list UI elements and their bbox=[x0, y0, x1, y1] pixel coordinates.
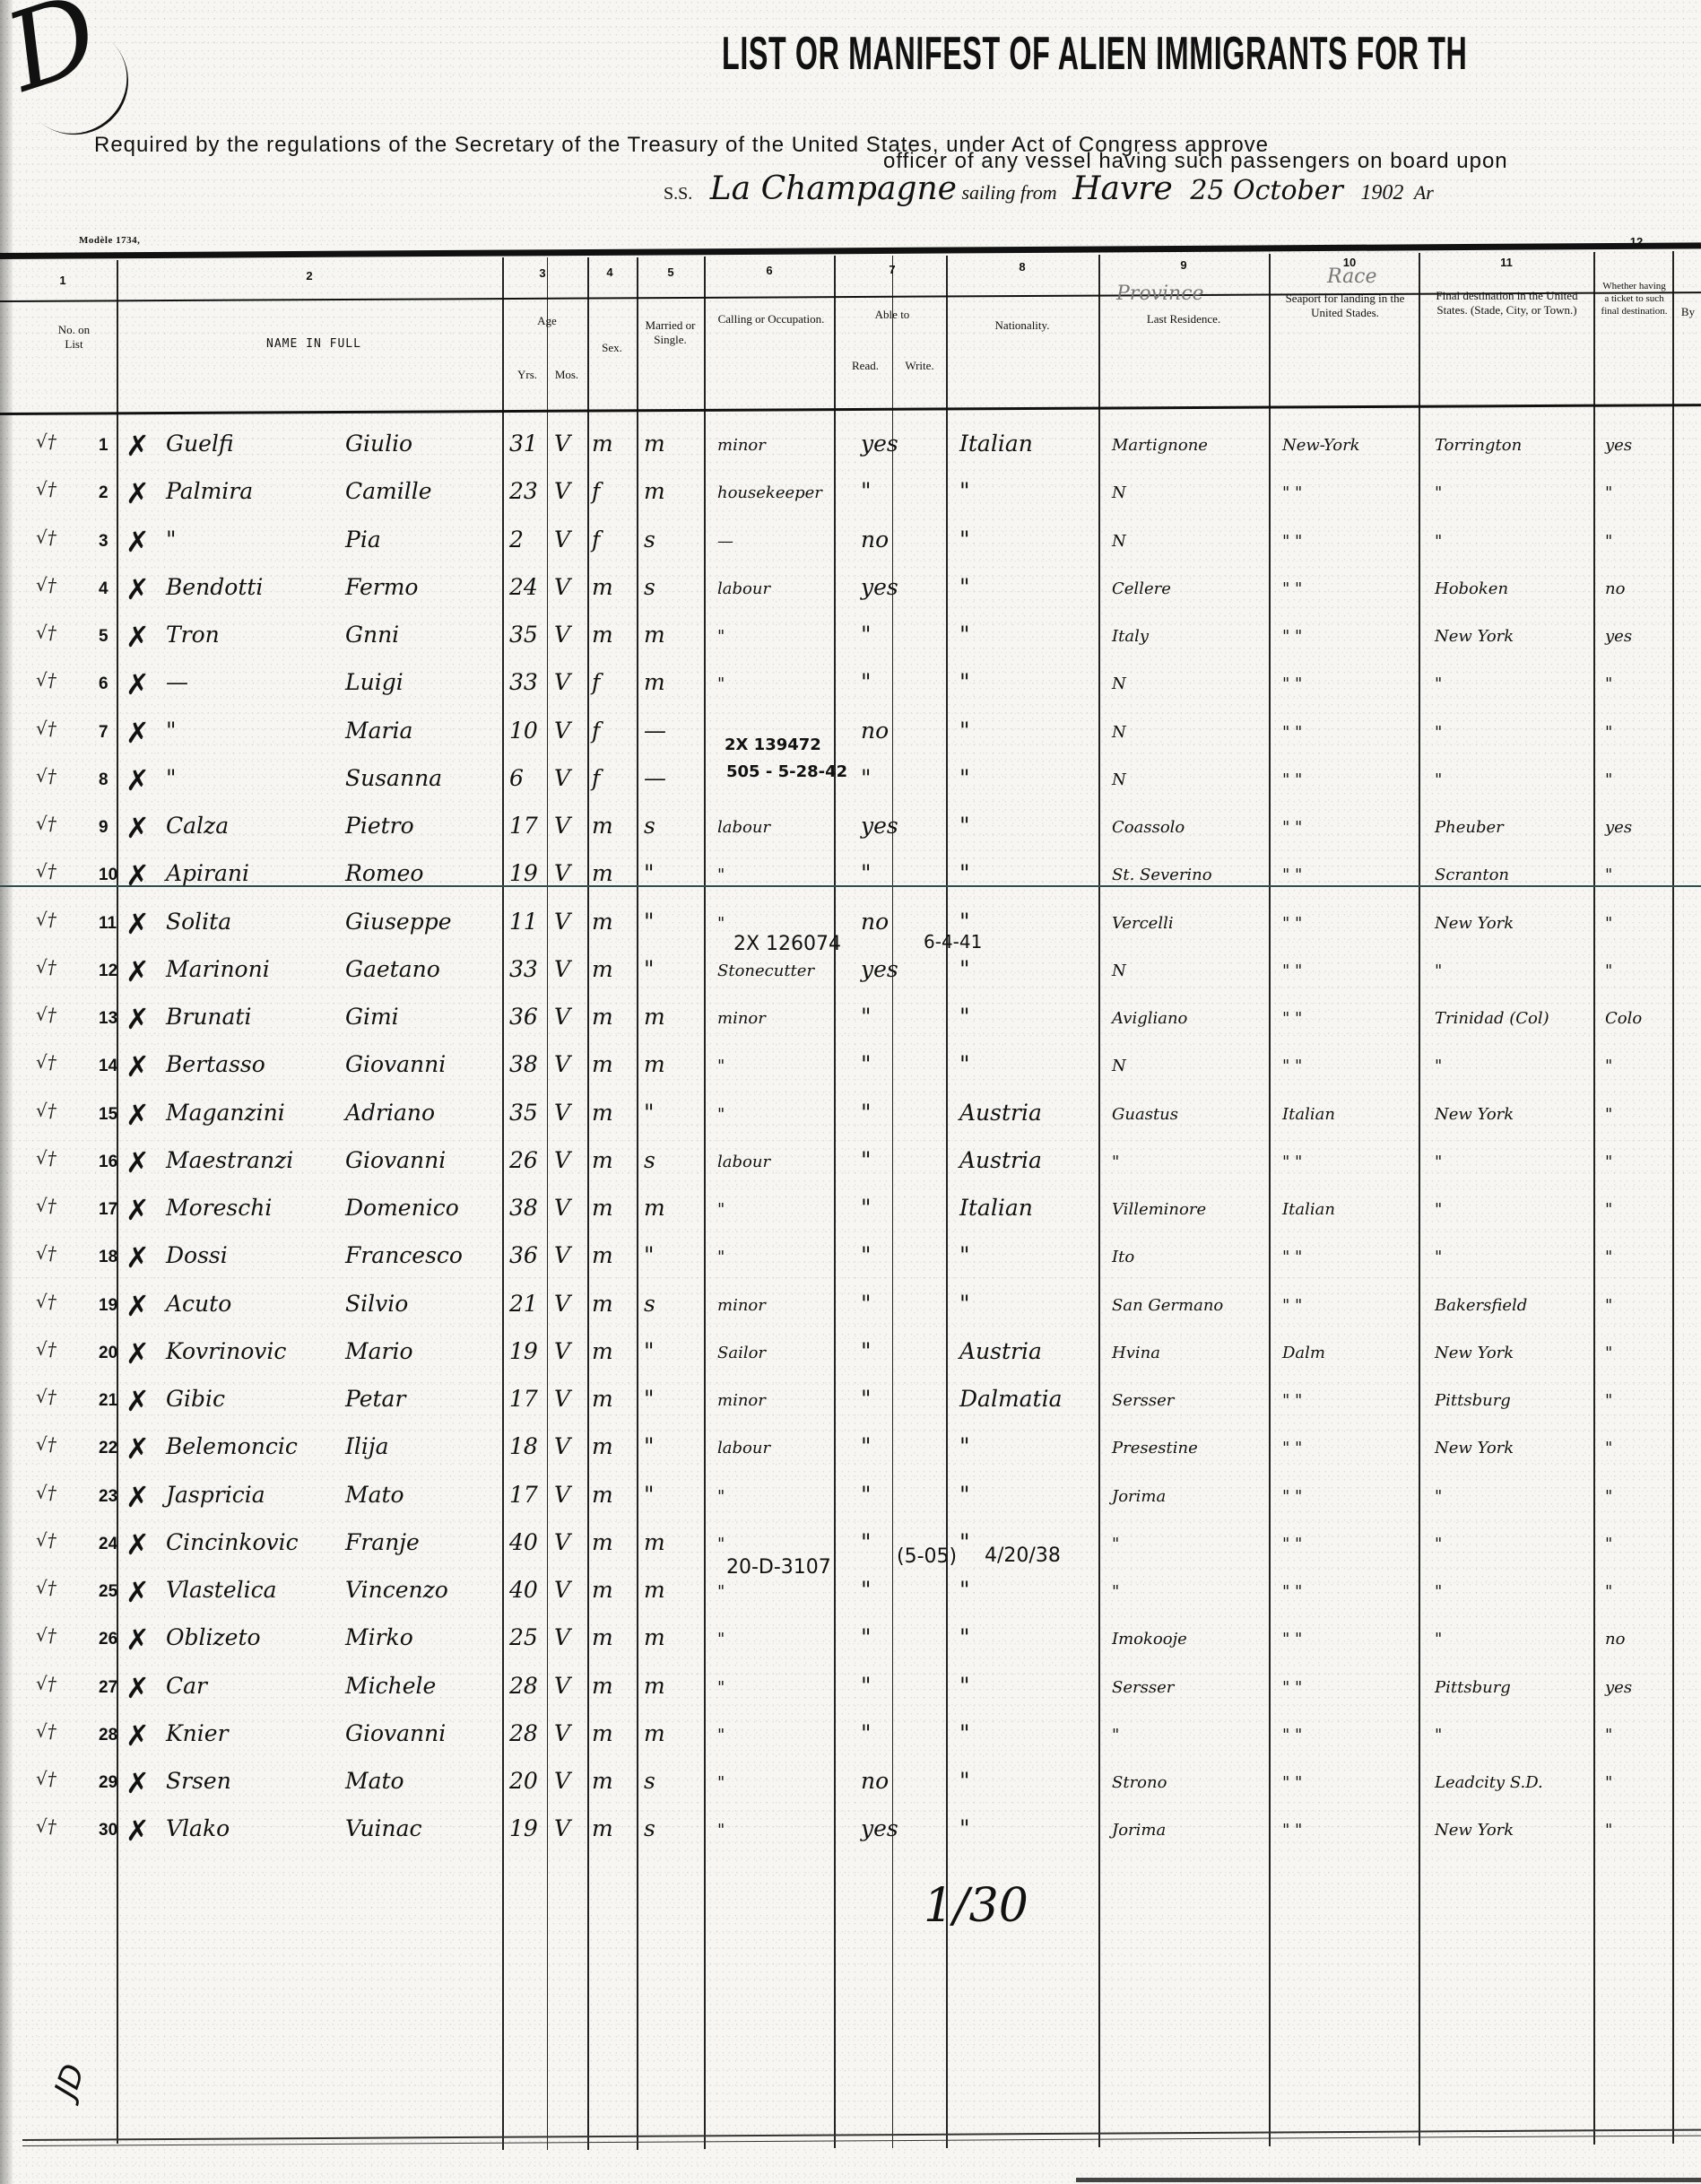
table-row: √†✗V23JaspriciaMato17m""""Jorima" """ bbox=[0, 1473, 1701, 1520]
check-tick-icon: √† bbox=[36, 813, 56, 834]
sex: f bbox=[592, 765, 600, 791]
col-3-sub-mos: Mos. bbox=[549, 368, 585, 382]
given-name: Ilija bbox=[345, 1433, 389, 1459]
age-verified-check-icon: V bbox=[554, 1195, 570, 1221]
last-residence: Coassolo bbox=[1112, 818, 1185, 837]
row-number: 8 bbox=[99, 770, 108, 790]
occupation: " bbox=[717, 914, 725, 933]
able-to-read: " bbox=[861, 1529, 872, 1555]
age-verified-check-icon: V bbox=[554, 1242, 570, 1268]
given-name: Petar bbox=[345, 1386, 405, 1412]
footer-rule-1 bbox=[22, 2129, 1701, 2141]
ticket-status: " bbox=[1605, 961, 1612, 980]
ticket-status: yes bbox=[1605, 436, 1632, 455]
x-mark-icon: ✗ bbox=[126, 1193, 150, 1227]
x-mark-icon: ✗ bbox=[126, 1718, 150, 1753]
last-residence: N bbox=[1112, 961, 1126, 980]
table-row: √†✗V20KovrinovicMario19m"Sailor"AustriaH… bbox=[0, 1329, 1701, 1377]
col-7-number: 7 bbox=[883, 263, 901, 276]
age-verified-check-icon: V bbox=[554, 860, 570, 886]
surname: Maestranzi bbox=[166, 1147, 293, 1173]
last-residence: Cellere bbox=[1112, 579, 1171, 598]
col-12-number: 12 bbox=[1623, 235, 1650, 248]
row-number: 4 bbox=[99, 579, 108, 599]
row-number: 12 bbox=[99, 961, 117, 981]
occupation: housekeeper bbox=[717, 483, 822, 502]
row-number: 7 bbox=[99, 723, 108, 743]
given-name: Pia bbox=[345, 526, 381, 553]
table-row: √†✗V15MaganziniAdriano35m"""AustriaGuast… bbox=[0, 1091, 1701, 1138]
x-mark-icon: ✗ bbox=[126, 1527, 150, 1562]
ticket-status: yes bbox=[1605, 818, 1632, 837]
able-to-read: no bbox=[861, 718, 889, 744]
surname: Bendotti bbox=[166, 574, 263, 600]
sex: m bbox=[592, 1291, 613, 1317]
seaport: " " bbox=[1282, 1153, 1302, 1171]
sex: m bbox=[592, 1195, 613, 1221]
final-destination: " bbox=[1435, 532, 1442, 551]
col-2-label: NAME IN FULL bbox=[202, 337, 426, 352]
marital-status: " bbox=[644, 1100, 655, 1126]
given-name: Gimi bbox=[345, 1004, 399, 1030]
col-4-number: 4 bbox=[601, 265, 619, 279]
last-residence: N bbox=[1112, 1057, 1126, 1075]
marital-status: m bbox=[644, 478, 665, 504]
occupation: " bbox=[717, 1057, 725, 1075]
ticket-status: Colo bbox=[1605, 1009, 1642, 1028]
ref-annotation-row22: (5-05) bbox=[897, 1545, 957, 1568]
marital-status: m bbox=[644, 1577, 665, 1603]
x-mark-icon: ✗ bbox=[126, 667, 150, 701]
table-row: √†✗V7"Maria10f—no"N" """ bbox=[0, 709, 1701, 756]
corner-letter-mark: D bbox=[0, 0, 170, 152]
x-mark-icon: ✗ bbox=[126, 525, 150, 559]
age-verified-check-icon: V bbox=[554, 1529, 570, 1555]
row-number: 9 bbox=[99, 818, 108, 838]
nationality: Austria bbox=[959, 1147, 1042, 1173]
seaport: " " bbox=[1282, 1535, 1302, 1553]
sex: m bbox=[592, 1100, 613, 1126]
able-to-read: yes bbox=[861, 956, 898, 982]
x-mark-icon: ✗ bbox=[126, 763, 150, 797]
row-number: 5 bbox=[99, 627, 108, 647]
seaport: " " bbox=[1282, 866, 1302, 884]
age-years: 17 bbox=[509, 1386, 538, 1412]
x-mark-icon: ✗ bbox=[126, 1766, 150, 1800]
check-tick-icon: √† bbox=[36, 765, 56, 787]
ticket-status: " bbox=[1605, 1821, 1612, 1840]
occupation: " bbox=[717, 1105, 725, 1124]
given-name: Silvio bbox=[345, 1291, 408, 1317]
age-years: 33 bbox=[509, 956, 538, 982]
ticket-status: " bbox=[1605, 674, 1612, 693]
final-destination: Scranton bbox=[1435, 866, 1509, 884]
header-top-rule bbox=[0, 242, 1701, 259]
col-7-sub-write: Write. bbox=[895, 359, 944, 373]
header-bottom-rule bbox=[0, 404, 1701, 415]
check-tick-icon: √† bbox=[36, 1195, 56, 1216]
check-tick-icon: √† bbox=[36, 526, 56, 548]
check-tick-icon: √† bbox=[36, 1004, 56, 1025]
final-destination: New York bbox=[1435, 1439, 1514, 1457]
seaport: " " bbox=[1282, 1726, 1302, 1745]
check-tick-icon: √† bbox=[36, 1768, 56, 1789]
able-to-read: yes bbox=[861, 813, 898, 839]
age-verified-check-icon: V bbox=[554, 956, 570, 982]
ticket-status: " bbox=[1605, 914, 1612, 933]
surname: — bbox=[166, 669, 188, 695]
age-verified-check-icon: V bbox=[554, 1577, 570, 1603]
mark-annotation-row29: 1/30 bbox=[924, 1879, 1028, 1933]
age-verified-check-icon: V bbox=[554, 669, 570, 695]
table-row: √†✗V12MarinoniGaetano33m"Stonecutteryes"… bbox=[0, 947, 1701, 995]
row-number: 6 bbox=[99, 674, 108, 694]
last-residence: Italy bbox=[1112, 627, 1149, 646]
able-to-read: " bbox=[861, 1720, 872, 1746]
col-7-sub-read: Read. bbox=[838, 359, 892, 373]
age-years: 11 bbox=[509, 909, 538, 935]
check-tick-icon: √† bbox=[36, 1338, 56, 1360]
last-residence: N bbox=[1112, 483, 1126, 502]
occupation: " bbox=[717, 866, 725, 884]
table-row: √†✗V6—Luigi33fm"""N" """ bbox=[0, 660, 1701, 708]
row-number: 24 bbox=[99, 1535, 117, 1554]
ticket-status: " bbox=[1605, 723, 1612, 742]
occupation: minor bbox=[717, 1296, 766, 1315]
check-tick-icon: √† bbox=[36, 622, 56, 643]
last-residence: Presestine bbox=[1112, 1439, 1198, 1457]
given-name: Luigi bbox=[345, 669, 404, 695]
check-tick-icon: √† bbox=[36, 478, 56, 500]
seaport: " " bbox=[1282, 1582, 1302, 1601]
check-tick-icon: √† bbox=[36, 1482, 56, 1503]
marital-status: s bbox=[644, 1768, 655, 1794]
marital-status: m bbox=[644, 669, 665, 695]
check-tick-icon: √† bbox=[36, 1577, 56, 1598]
nationality: " bbox=[959, 1529, 970, 1555]
final-destination: " bbox=[1435, 1057, 1442, 1075]
ticket-status: " bbox=[1605, 1391, 1612, 1410]
x-mark-icon: ✗ bbox=[126, 811, 150, 845]
check-tick-icon: √† bbox=[36, 1291, 56, 1312]
seaport: " " bbox=[1282, 1487, 1302, 1506]
marital-status: m bbox=[644, 1624, 665, 1650]
check-tick-icon: √† bbox=[36, 718, 56, 739]
ss-label: S.S. bbox=[664, 184, 692, 204]
final-destination: Torrington bbox=[1435, 436, 1522, 455]
age-years: 24 bbox=[509, 574, 538, 600]
ticket-status: " bbox=[1605, 1248, 1612, 1266]
sex: m bbox=[592, 1673, 613, 1699]
able-to-read: " bbox=[861, 1577, 872, 1603]
seaport: " " bbox=[1282, 1057, 1302, 1075]
occupation: " bbox=[717, 1487, 725, 1506]
col-9-province-annotation: Province bbox=[1116, 283, 1204, 305]
sex: m bbox=[592, 909, 613, 935]
surname: Bertasso bbox=[166, 1051, 265, 1077]
age-years: 35 bbox=[509, 1100, 538, 1126]
x-mark-icon: ✗ bbox=[126, 954, 150, 988]
occupation: " bbox=[717, 1773, 725, 1792]
sex: f bbox=[592, 478, 600, 504]
age-years: 28 bbox=[509, 1720, 538, 1746]
seaport: " " bbox=[1282, 627, 1302, 646]
marital-status: s bbox=[644, 813, 655, 839]
given-name: Domenico bbox=[345, 1195, 459, 1221]
surname: Car bbox=[166, 1673, 207, 1699]
occupation: " bbox=[717, 1248, 725, 1266]
departure-date: 25 October bbox=[1190, 175, 1343, 206]
final-destination: " bbox=[1435, 674, 1442, 693]
ticket-status: " bbox=[1605, 1439, 1612, 1457]
age-years: 17 bbox=[509, 813, 538, 839]
given-name: Giovanni bbox=[345, 1051, 446, 1077]
last-residence: Ito bbox=[1112, 1248, 1134, 1266]
occupation: labour bbox=[717, 1153, 770, 1171]
able-to-read: yes bbox=[861, 1815, 898, 1841]
age-years: 19 bbox=[509, 860, 538, 886]
sex: m bbox=[592, 1529, 613, 1555]
final-destination: " bbox=[1435, 770, 1442, 789]
marital-status: m bbox=[644, 1004, 665, 1030]
age-verified-check-icon: V bbox=[554, 1768, 570, 1794]
last-residence: " bbox=[1112, 1535, 1119, 1553]
last-residence: N bbox=[1112, 532, 1126, 551]
form-number: Modèle 1734, bbox=[79, 235, 140, 246]
x-mark-icon: ✗ bbox=[126, 1814, 150, 1848]
marital-status: " bbox=[644, 1338, 655, 1364]
occupation: — bbox=[717, 532, 733, 551]
table-row: √†✗V26OblizetoMirko25mm"""Imokooje" ""no bbox=[0, 1615, 1701, 1663]
surname: Palmira bbox=[166, 478, 253, 504]
footer-thick-rule bbox=[1076, 2178, 1701, 2182]
x-mark-icon: ✗ bbox=[126, 1098, 150, 1132]
given-name: Maria bbox=[345, 718, 412, 744]
seaport: Italian bbox=[1282, 1200, 1335, 1219]
seaport: " " bbox=[1282, 1821, 1302, 1840]
age-verified-check-icon: V bbox=[554, 478, 570, 504]
nationality: " bbox=[959, 1004, 970, 1030]
given-name: Mario bbox=[345, 1338, 413, 1364]
able-to-read: yes bbox=[861, 431, 898, 457]
ticket-status: " bbox=[1605, 1344, 1612, 1362]
date-annotation-row10: 6-4-41 bbox=[924, 931, 982, 953]
surname: Vlastelica bbox=[166, 1577, 277, 1603]
final-destination: " bbox=[1435, 1630, 1442, 1649]
nationality: " bbox=[959, 622, 970, 648]
age-verified-check-icon: V bbox=[554, 1720, 570, 1746]
nationality: " bbox=[959, 1815, 970, 1841]
final-destination: Pittsburg bbox=[1435, 1391, 1511, 1410]
sex: m bbox=[592, 622, 613, 648]
row-number: 26 bbox=[99, 1630, 117, 1649]
surname: " bbox=[166, 765, 177, 791]
seaport: " " bbox=[1282, 1630, 1302, 1649]
sex: f bbox=[592, 718, 600, 744]
age-years: 20 bbox=[509, 1768, 538, 1794]
sex: m bbox=[592, 1768, 613, 1794]
ship-name: La Champagne bbox=[710, 170, 957, 207]
x-mark-icon: ✗ bbox=[126, 572, 150, 606]
given-name: Fermo bbox=[345, 574, 418, 600]
row-number: 22 bbox=[99, 1439, 117, 1458]
check-tick-icon: √† bbox=[36, 1100, 56, 1121]
departure-year: 1902 bbox=[1360, 181, 1403, 204]
x-mark-icon: ✗ bbox=[126, 620, 150, 654]
marital-status: m bbox=[644, 1195, 665, 1221]
col-1-label: No. on List bbox=[54, 323, 94, 352]
col-9-label: Last Residence. bbox=[1112, 312, 1255, 326]
row-number: 28 bbox=[99, 1726, 117, 1745]
row-number: 23 bbox=[99, 1487, 117, 1507]
age-verified-check-icon: V bbox=[554, 622, 570, 648]
occupation: " bbox=[717, 674, 725, 693]
nationality: Austria bbox=[959, 1100, 1042, 1126]
ticket-status: " bbox=[1605, 1153, 1612, 1171]
age-verified-check-icon: V bbox=[554, 813, 570, 839]
able-to-read: yes bbox=[861, 574, 898, 600]
last-residence: Imokooje bbox=[1112, 1630, 1187, 1649]
row-number: 29 bbox=[99, 1773, 117, 1793]
surname: Knier bbox=[166, 1720, 229, 1746]
final-destination: " bbox=[1435, 1726, 1442, 1745]
check-tick-icon: √† bbox=[36, 1386, 56, 1407]
row-number: 25 bbox=[99, 1582, 117, 1602]
check-tick-icon: √† bbox=[36, 1147, 56, 1169]
seaport: New-York bbox=[1282, 436, 1360, 455]
marital-status: s bbox=[644, 574, 655, 600]
age-verified-check-icon: V bbox=[554, 718, 570, 744]
seaport: " " bbox=[1282, 1773, 1302, 1792]
marital-status: s bbox=[644, 1147, 655, 1173]
sex: m bbox=[592, 1577, 613, 1603]
cert-annotation-row8: 505 - 5-28-42 bbox=[726, 762, 847, 781]
able-to-read: " bbox=[861, 1195, 872, 1221]
age-verified-check-icon: V bbox=[554, 1624, 570, 1650]
x-mark-icon: ✗ bbox=[126, 1671, 150, 1705]
age-years: 38 bbox=[509, 1195, 538, 1221]
table-row: √†✗V30VlakoVuinac19ms"yes"Jorima" "New Y… bbox=[0, 1806, 1701, 1854]
table-row: √†✗V11SolitaGiuseppe11m""no"Vercelli" "N… bbox=[0, 900, 1701, 947]
table-row: √†✗V28KnierGiovanni28mm""""" """ bbox=[0, 1711, 1701, 1759]
marital-status: m bbox=[644, 1051, 665, 1077]
check-tick-icon: √† bbox=[36, 1433, 56, 1455]
col-11-label: Final destination in the United States. … bbox=[1424, 289, 1590, 318]
col-4-label: Sex. bbox=[592, 341, 632, 355]
marital-status: " bbox=[644, 909, 655, 935]
age-years: 19 bbox=[509, 1815, 538, 1841]
ticket-status: " bbox=[1605, 866, 1612, 884]
surname: Cincinkovic bbox=[166, 1529, 299, 1555]
final-destination: " bbox=[1435, 1248, 1442, 1266]
seaport: " " bbox=[1282, 723, 1302, 742]
seaport: " " bbox=[1282, 1678, 1302, 1697]
check-tick-icon: √† bbox=[36, 1624, 56, 1646]
row-number: 18 bbox=[99, 1248, 117, 1267]
age-verified-check-icon: V bbox=[554, 1815, 570, 1841]
table-row: √†✗V16MaestranziGiovanni26mslabour"Austr… bbox=[0, 1138, 1701, 1186]
able-to-read: " bbox=[861, 1386, 872, 1412]
seaport: " " bbox=[1282, 818, 1302, 837]
last-residence: N bbox=[1112, 674, 1126, 693]
given-name: Giulio bbox=[345, 431, 412, 457]
x-mark-icon: ✗ bbox=[126, 429, 150, 463]
final-destination: New York bbox=[1435, 1821, 1514, 1840]
marital-status: — bbox=[644, 718, 666, 744]
age-verified-check-icon: V bbox=[554, 765, 570, 791]
able-to-read: no bbox=[861, 909, 889, 935]
last-residence: San Germano bbox=[1112, 1296, 1223, 1315]
able-to-read: " bbox=[861, 1673, 872, 1699]
last-residence: " bbox=[1112, 1153, 1119, 1171]
col-3-label: Age bbox=[516, 314, 578, 328]
col-8-label: Nationality. bbox=[959, 318, 1085, 333]
table-row: √†✗V13BrunatiGimi36mmminor""Avigliano" "… bbox=[0, 995, 1701, 1042]
nationality: " bbox=[959, 1051, 970, 1077]
surname: Maganzini bbox=[166, 1100, 285, 1126]
able-to-read: " bbox=[861, 1100, 872, 1126]
table-row: √†✗V27CarMichele28mm"""Sersser" "Pittsbu… bbox=[0, 1664, 1701, 1711]
footer-initials: JD bbox=[48, 2059, 92, 2102]
occupation: " bbox=[717, 1821, 725, 1840]
final-destination: " bbox=[1435, 1200, 1442, 1219]
table-row: √†✗V17MoreschiDomenico38mm""ItalianVille… bbox=[0, 1186, 1701, 1233]
x-mark-icon: ✗ bbox=[126, 1145, 150, 1179]
nationality: " bbox=[959, 669, 970, 695]
surname: Apirani bbox=[166, 860, 249, 886]
check-tick-icon: √† bbox=[36, 1529, 56, 1551]
final-destination: New York bbox=[1435, 1344, 1514, 1362]
ticket-status: " bbox=[1605, 1535, 1612, 1553]
ticket-status: " bbox=[1605, 770, 1612, 789]
row-number: 2 bbox=[99, 483, 108, 503]
ticket-status: no bbox=[1605, 579, 1625, 598]
given-name: Vuinac bbox=[345, 1815, 422, 1841]
final-destination: New York bbox=[1435, 627, 1514, 646]
table-row: √†✗V1GuelfiGiulio31mmminoryesItalianMart… bbox=[0, 422, 1701, 469]
document-title: LIST OR MANIFEST OF ALIEN IMMIGRANTS FOR… bbox=[722, 27, 1467, 81]
ticket-status: " bbox=[1605, 1105, 1612, 1124]
marital-status: s bbox=[644, 526, 655, 553]
sex: m bbox=[592, 1720, 613, 1746]
surname: Tron bbox=[166, 622, 220, 648]
final-destination: " bbox=[1435, 1535, 1442, 1553]
row-number: 10 bbox=[99, 866, 117, 885]
occupation: " bbox=[717, 627, 725, 646]
age-years: 36 bbox=[509, 1242, 538, 1268]
age-years: 21 bbox=[509, 1291, 538, 1317]
occupation: labour bbox=[717, 1439, 770, 1457]
row-number: 13 bbox=[99, 1009, 117, 1029]
final-destination: Pittsburg bbox=[1435, 1678, 1511, 1697]
seaport: " " bbox=[1282, 961, 1302, 980]
seaport: " " bbox=[1282, 770, 1302, 789]
occupation: labour bbox=[717, 818, 770, 837]
row-number: 11 bbox=[99, 914, 117, 934]
sex: m bbox=[592, 1004, 613, 1030]
occupation: " bbox=[717, 1726, 725, 1745]
nationality: " bbox=[959, 526, 970, 553]
marital-status: m bbox=[644, 1529, 665, 1555]
given-name: Mato bbox=[345, 1768, 404, 1794]
x-mark-icon: ✗ bbox=[126, 1480, 150, 1514]
last-residence: N bbox=[1112, 723, 1126, 742]
final-destination: Pheuber bbox=[1435, 818, 1504, 837]
marital-status: s bbox=[644, 1291, 655, 1317]
table-row: √†✗V25VlastelicaVincenzo40mm""""" """ bbox=[0, 1568, 1701, 1615]
age-verified-check-icon: V bbox=[554, 1338, 570, 1364]
col-13-label: By bbox=[1677, 305, 1699, 319]
